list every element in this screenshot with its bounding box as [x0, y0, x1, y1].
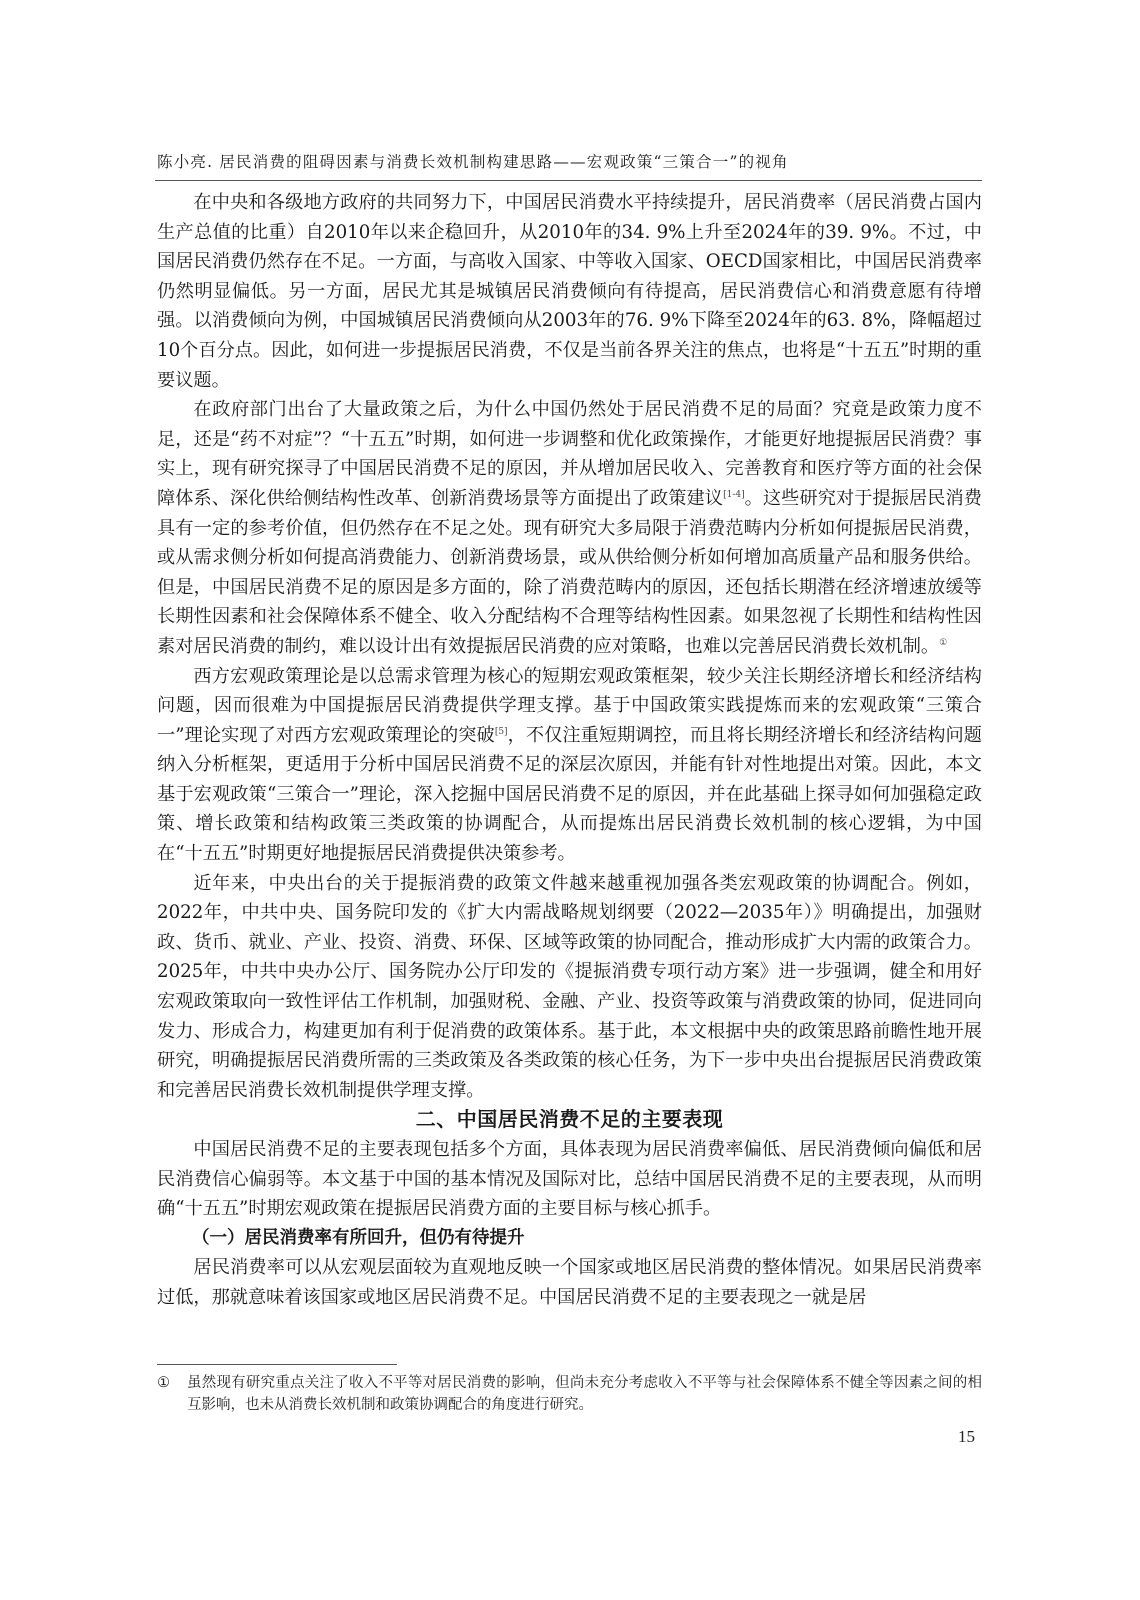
citation[interactable]: [5] — [495, 727, 508, 737]
subsection-title: （一）居民消费率有所回升，但仍有待提升 — [157, 1224, 982, 1254]
footnote-rule — [157, 1364, 397, 1365]
paragraph-4: 近年来，中央出台的关于提振消费的政策文件越来越重视加强各类宏观政策的协调配合。例… — [157, 869, 982, 1106]
footnote: ① 虽然现有研究重点关注了收入不平等对居民消费的影响，但尚未充分考虑收入不平等与… — [157, 1372, 982, 1416]
paragraph-1: 在中央和各级地方政府的共同努力下，中国居民消费水平持续提升，居民消费率（居民消费… — [157, 188, 982, 395]
page-number: 15 — [958, 1427, 975, 1447]
citation[interactable]: [1-4] — [723, 490, 745, 500]
paragraph-3: 西方宏观政策理论是以总需求管理为核心的短期宏观政策框架，较少关注长期经济增长和经… — [157, 662, 982, 869]
footnote-mark: ① — [157, 1372, 187, 1416]
footnote-ref[interactable]: ① — [939, 638, 947, 648]
section-intro: 中国居民消费不足的主要表现包括多个方面，具体表现为居民消费率偏低、居民消费倾向偏… — [157, 1135, 982, 1224]
running-head: 陈小亮. 居民消费的阻碍因素与消费长效机制构建思路——宏观政策“三策合一”的视角 — [157, 150, 982, 172]
section-title: 二、中国居民消费不足的主要表现 — [157, 1105, 982, 1135]
paragraph-2: 在政府部门出台了大量政策之后，为什么中国仍然处于居民消费不足的局面？究竟是政策力… — [157, 395, 982, 661]
paragraph-text: 。这些研究对于提振居民消费具有一定的参考价值，但仍然存在不足之处。现有研究大多局… — [157, 488, 982, 657]
subsection-paragraph: 居民消费率可以从宏观层面较为直观地反映一个国家或地区居民消费的整体情况。如果居民… — [157, 1253, 982, 1312]
footnote-text: 虽然现有研究重点关注了收入不平等对居民消费的影响，但尚未充分考虑收入不平等与社会… — [187, 1372, 982, 1416]
header-rule — [155, 180, 982, 181]
article-body: 在中央和各级地方政府的共同努力下，中国居民消费水平持续提升，居民消费率（居民消费… — [157, 188, 982, 1313]
